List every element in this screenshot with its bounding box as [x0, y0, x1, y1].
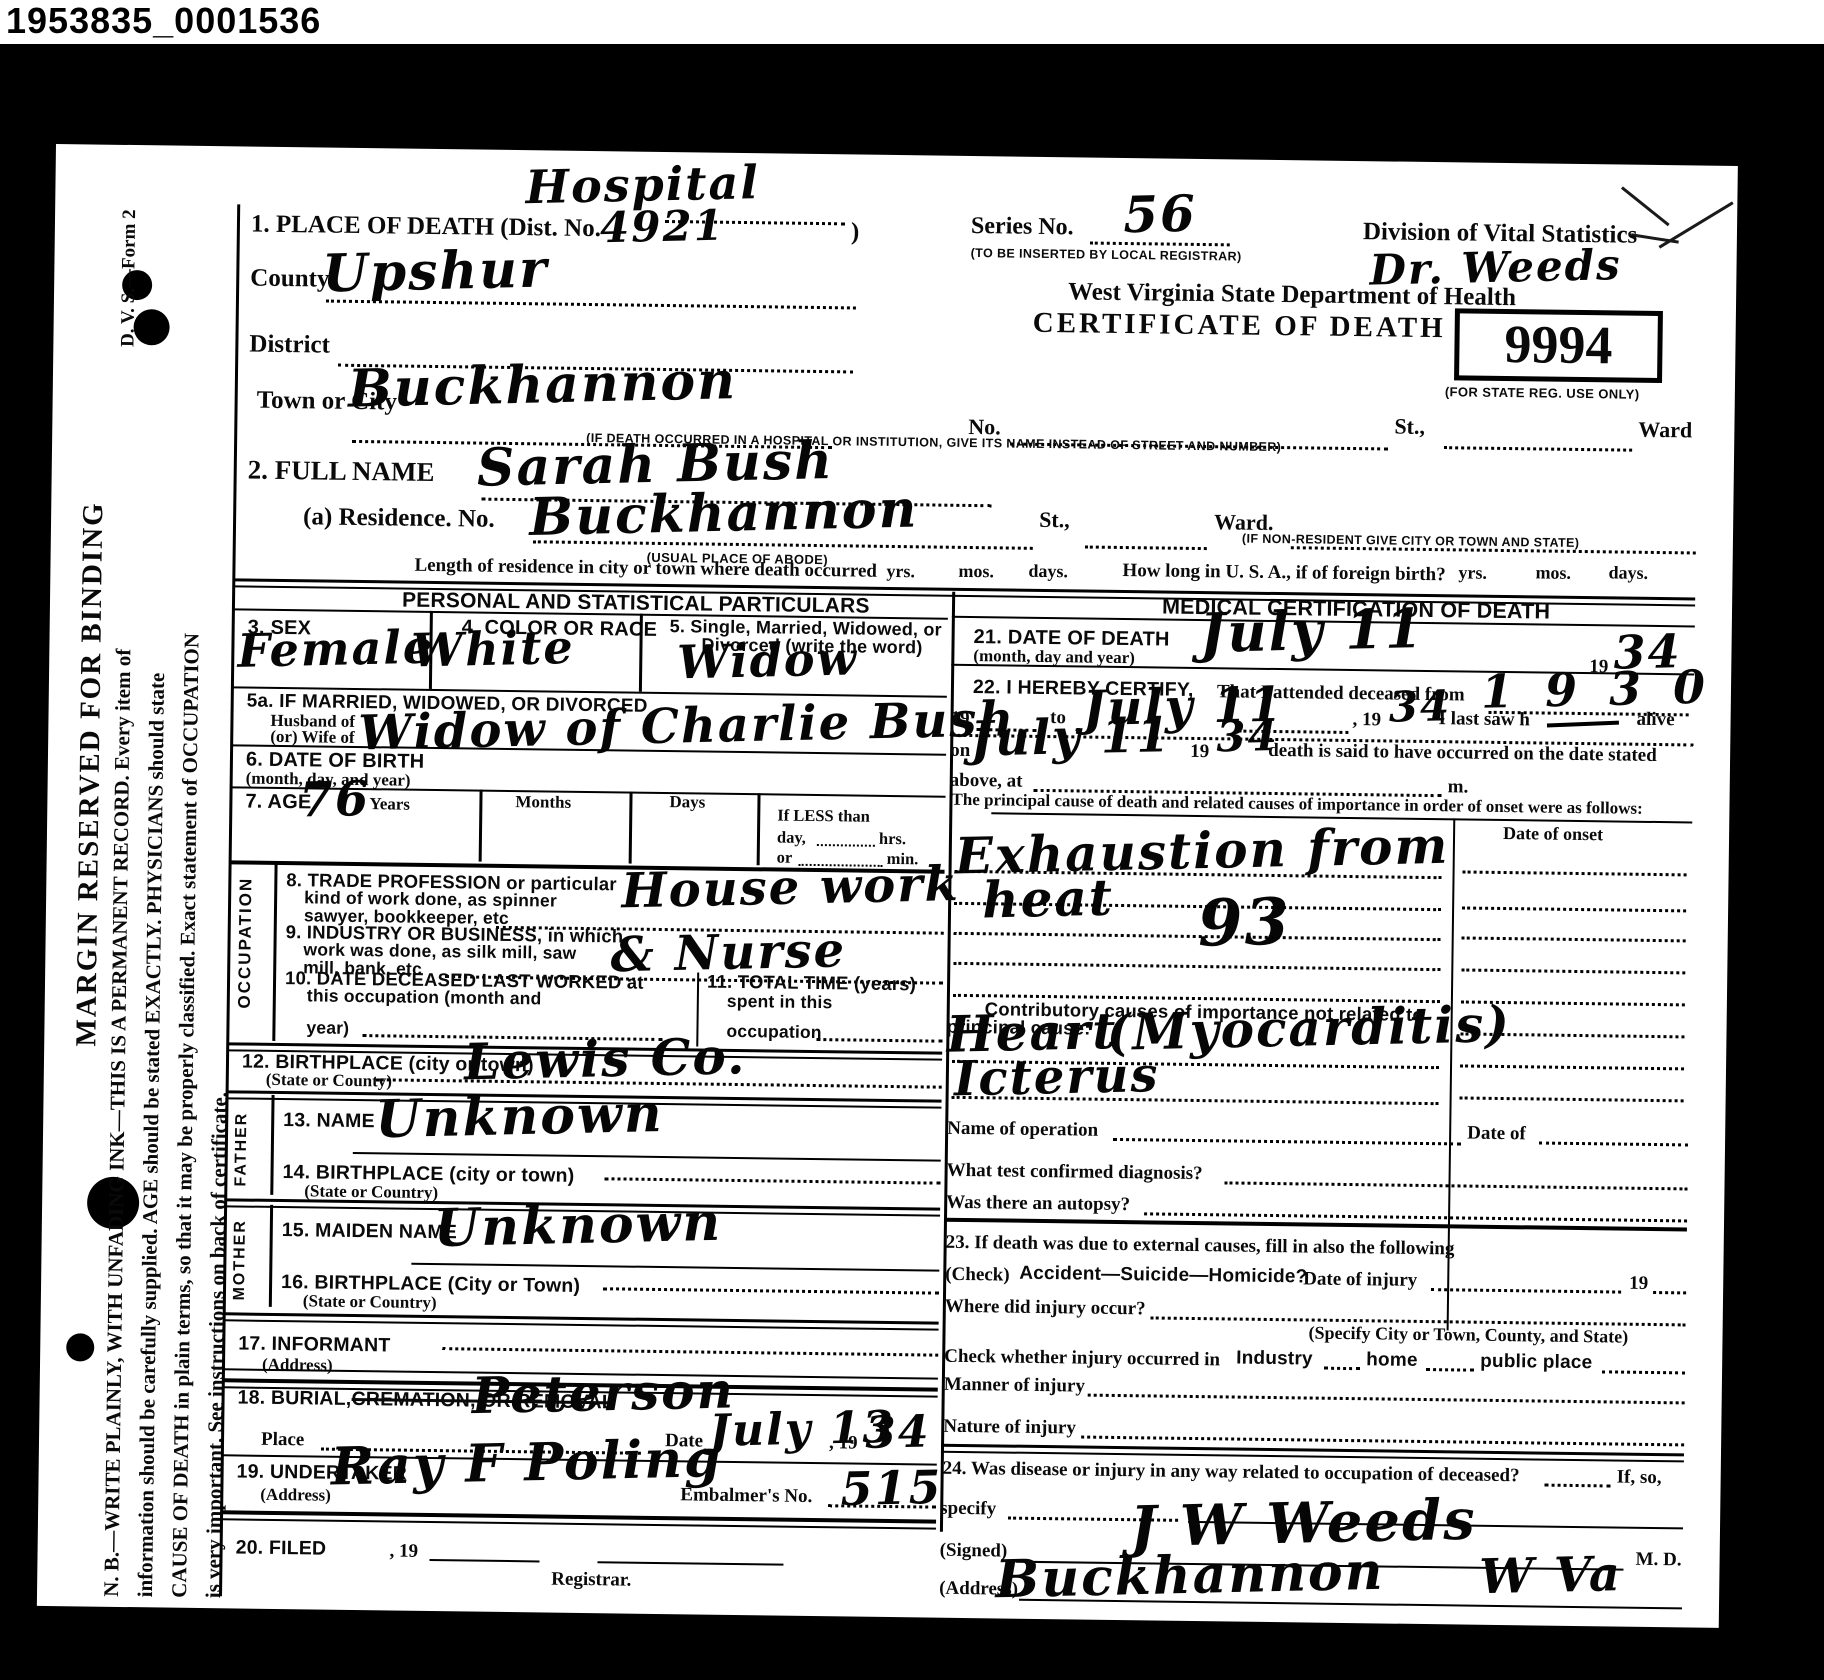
stamp-note: (FOR STATE REG. USE ONLY)	[1445, 384, 1640, 402]
dotted-blank	[1081, 1436, 1684, 1447]
dotted-blank	[1602, 1370, 1685, 1374]
contributory-hw2: (Myocarditis)	[1106, 994, 1512, 1062]
cause-temp-hw: 93	[1197, 885, 1292, 962]
place-of-death-close: )	[851, 218, 860, 246]
physician-address-state-hw: W Va	[1479, 1546, 1623, 1605]
rule	[353, 1152, 941, 1162]
birthplace-sub-label: (State or County)	[266, 1070, 392, 1092]
specify-label: specify	[940, 1498, 996, 1521]
death-certificate-page: D. V. S.—Form 2 MARGIN RESERVED FOR BIND…	[37, 144, 1738, 1628]
residence-hw: Buckhannon	[529, 479, 919, 548]
father-name-label: 13. NAME	[283, 1109, 375, 1133]
punch-hole	[66, 1333, 94, 1361]
dotted-blank	[442, 1347, 938, 1356]
if-so-label: If, so,	[1617, 1467, 1662, 1490]
full-name-label: 2. FULL NAME	[248, 455, 435, 488]
mother-side-label: MOTHER	[231, 1219, 250, 1301]
margin-nb-line: is very important. See instructions on b…	[201, 1092, 233, 1599]
age-hw: 76	[299, 771, 371, 829]
nature-of-injury-label: Nature of injury	[943, 1416, 1076, 1440]
dotted-blank	[1085, 546, 1207, 551]
dotted-blank	[1324, 1367, 1360, 1370]
cause-of-death-hw2: heat	[982, 868, 1115, 930]
residence-st-label: St.,	[1039, 507, 1070, 533]
department-label: West Virginia State Department of Health	[1068, 278, 1516, 312]
check-whether-label: Check whether injury occurred in	[944, 1346, 1220, 1372]
specify-city-note: (Specify City or Town, County, and State…	[1308, 1322, 1628, 1347]
mos-label: mos.	[958, 561, 994, 582]
margin-binding-note: MARGIN RESERVED FOR BINDING	[70, 501, 110, 1047]
series-no-hw: 56	[1123, 184, 1198, 245]
scanner-header-strip: 1953835_0001536	[0, 0, 1824, 44]
sex-hw: Female	[237, 620, 435, 678]
place-of-death-label: 1. PLACE OF DEATH (Dist. No.	[251, 211, 601, 244]
illegible-scribble-hw	[1546, 705, 1619, 728]
district-no-hw: 4921	[599, 201, 725, 253]
yrs-label: yrs.	[1458, 562, 1487, 583]
printed-19: 19	[950, 708, 969, 730]
m-label: m.	[1448, 776, 1469, 798]
dotted-blank	[1539, 1141, 1688, 1146]
series-note: (TO BE INSERTED BY LOCAL REGISTRAR)	[971, 246, 1242, 264]
informant-sub-label: (Address)	[262, 1355, 333, 1376]
cell-divider	[757, 793, 761, 865]
onset-line	[1460, 1064, 1684, 1070]
embalmer-label: Embalmer's No.	[680, 1484, 812, 1508]
father-side-label: FATHER	[232, 1112, 251, 1187]
dotted-blank	[1545, 1484, 1611, 1488]
section-divider	[222, 1510, 936, 1529]
on-label: on	[950, 740, 970, 762]
days-col-label: Days	[669, 792, 705, 812]
occurred-label: death is said to have occurred on the da…	[1268, 740, 1657, 767]
onset-line	[1462, 936, 1686, 942]
external-causes-label: 23. If death was due to external causes,…	[946, 1232, 1455, 1261]
blank-line	[429, 1559, 539, 1562]
certificate-title: CERTIFICATE OF DEATH	[1033, 307, 1446, 345]
undertaker-hw: Ray F Poling	[330, 1428, 723, 1498]
informant-label: 17. INFORMANT	[238, 1332, 390, 1357]
last-worked-label3: year)	[306, 1017, 349, 1039]
dotted-blank	[604, 1177, 940, 1184]
registration-number-box: 9994	[1454, 308, 1663, 383]
months-label: Months	[515, 792, 571, 813]
filed-label: 20. FILED	[235, 1536, 326, 1560]
cell-divider	[639, 614, 643, 692]
home-word: home	[1366, 1349, 1418, 1372]
check-label: (Check)	[945, 1264, 1010, 1287]
county-label: County	[250, 265, 330, 294]
dotted-blank	[816, 1038, 942, 1043]
total-time-label2: spent in this	[727, 991, 833, 1013]
registration-number: 9994	[1504, 314, 1613, 375]
trade-hw: House work	[621, 856, 961, 919]
dotted-blank	[603, 1287, 939, 1294]
dotted-blank	[1653, 1291, 1686, 1294]
md-label: M. D.	[1635, 1549, 1681, 1572]
less-day-label: day,	[777, 827, 806, 847]
margin-nb-line: CAUSE OF DEATH in plain terms, so that i…	[167, 633, 205, 1598]
comma-19: , 19	[1352, 709, 1381, 731]
alive-label: alive	[1636, 709, 1674, 731]
burial-place-hw: Peterson	[471, 1360, 735, 1425]
dotted-blank	[326, 300, 856, 310]
last-saw-label: I last saw h	[1438, 708, 1530, 731]
dotted-blank	[1113, 1138, 1461, 1146]
public-place-word: public place	[1480, 1351, 1592, 1374]
manner-of-injury-label: Manner of injury	[944, 1374, 1085, 1398]
scan-id: 1953835_0001536	[6, 0, 321, 42]
dotted-blank	[1224, 1181, 1687, 1190]
less-hrs-label: hrs.	[879, 829, 906, 849]
mother-birthplace-sub: (State or Country)	[303, 1291, 437, 1313]
town-st-label: St.,	[1394, 414, 1425, 440]
years-label: Years	[369, 794, 410, 815]
operation-label: Name of operation	[947, 1118, 1098, 1142]
occupation-side-label: OCCUPATION	[235, 877, 257, 1009]
onset-line	[1460, 1096, 1684, 1102]
town-hw: Buckhannon	[347, 350, 737, 419]
series-no-label: Series No.	[971, 213, 1074, 241]
rule	[411, 1263, 939, 1272]
test-label: What test confirmed diagnosis?	[946, 1160, 1202, 1185]
days-label: days.	[1028, 561, 1068, 583]
autopsy-label: Was there an autopsy?	[946, 1192, 1130, 1216]
cell-divider	[479, 790, 483, 862]
related-occupation-label: 24. Was disease or injury in any way rel…	[943, 1458, 1520, 1488]
date-of-label: Date of	[1467, 1123, 1526, 1146]
dotted-blank	[1431, 1288, 1621, 1293]
last-worked-label2: this occupation (month and	[307, 985, 542, 1009]
mother-name-hw: Unknown	[433, 1192, 723, 1259]
birthplace-hw: Lewis Co.	[463, 1026, 746, 1091]
onset-line	[1461, 968, 1685, 974]
margin-nb-line: information should be carefully supplied…	[133, 673, 170, 1598]
cell-divider	[629, 792, 633, 864]
side-bracket	[269, 1205, 273, 1307]
dotted-rule	[953, 962, 1440, 971]
burial-place-label: Place	[261, 1429, 305, 1452]
district-label: District	[249, 331, 330, 360]
margin-form-code: D. V. S.—Form 2	[117, 209, 141, 347]
burial-label: 18. BURIAL,	[237, 1386, 351, 1410]
dotted-blank	[1444, 446, 1632, 451]
undertaker-sub-label: (Address)	[260, 1485, 331, 1506]
onset-line	[1463, 870, 1687, 876]
date-of-injury-label: Date of injury	[1303, 1268, 1417, 1291]
mother-name-label: 15. MAIDEN NAME	[282, 1219, 458, 1244]
section-divider	[225, 1312, 939, 1330]
industry-word: Industry	[1236, 1348, 1313, 1371]
registrar-label: Registrar.	[551, 1569, 631, 1592]
date-of-death-hw: July 11	[1199, 596, 1425, 665]
blank-line	[597, 1561, 783, 1565]
burial-19-label: , 19	[829, 1432, 858, 1454]
date-of-onset-label: Date of onset	[1503, 823, 1603, 845]
yrs-label: yrs.	[886, 561, 915, 582]
residence-label: (a) Residence. No.	[303, 503, 495, 534]
side-bracket	[270, 1095, 274, 1195]
mos-label: mos.	[1535, 562, 1571, 583]
usa-length-label: How long in U. S. A., if of foreign birt…	[1122, 560, 1445, 586]
race-hw: White	[411, 620, 575, 678]
marital-hw: Widow	[677, 631, 859, 689]
county-hw: Upshur	[322, 239, 549, 305]
side-bracket	[272, 863, 277, 1041]
on-date-hw: July 11	[970, 707, 1172, 767]
father-name-hw: Unknown	[375, 1083, 665, 1150]
if-less-label: If LESS than	[777, 805, 870, 826]
town-ward-label: Ward	[1638, 417, 1692, 444]
burial-year-hw: 34	[865, 1406, 931, 1458]
filed-19-label: , 19	[389, 1540, 418, 1562]
accident-suicide-homicide-label: Accident—Suicide—Homicide?	[1019, 1263, 1307, 1289]
dotted-blank	[1426, 1368, 1474, 1372]
printed-19: 19	[1190, 741, 1209, 763]
dotted-blank	[817, 844, 875, 847]
onset-line	[1462, 906, 1686, 912]
printed-19: 19	[1629, 1273, 1648, 1295]
pencil-mark	[1621, 186, 1670, 226]
residence-length-label: Length of residence in city or town wher…	[414, 555, 877, 583]
dotted-blank	[1088, 1394, 1685, 1405]
days-label: days.	[1608, 562, 1648, 584]
where-injury-label: Where did injury occur?	[945, 1296, 1146, 1321]
